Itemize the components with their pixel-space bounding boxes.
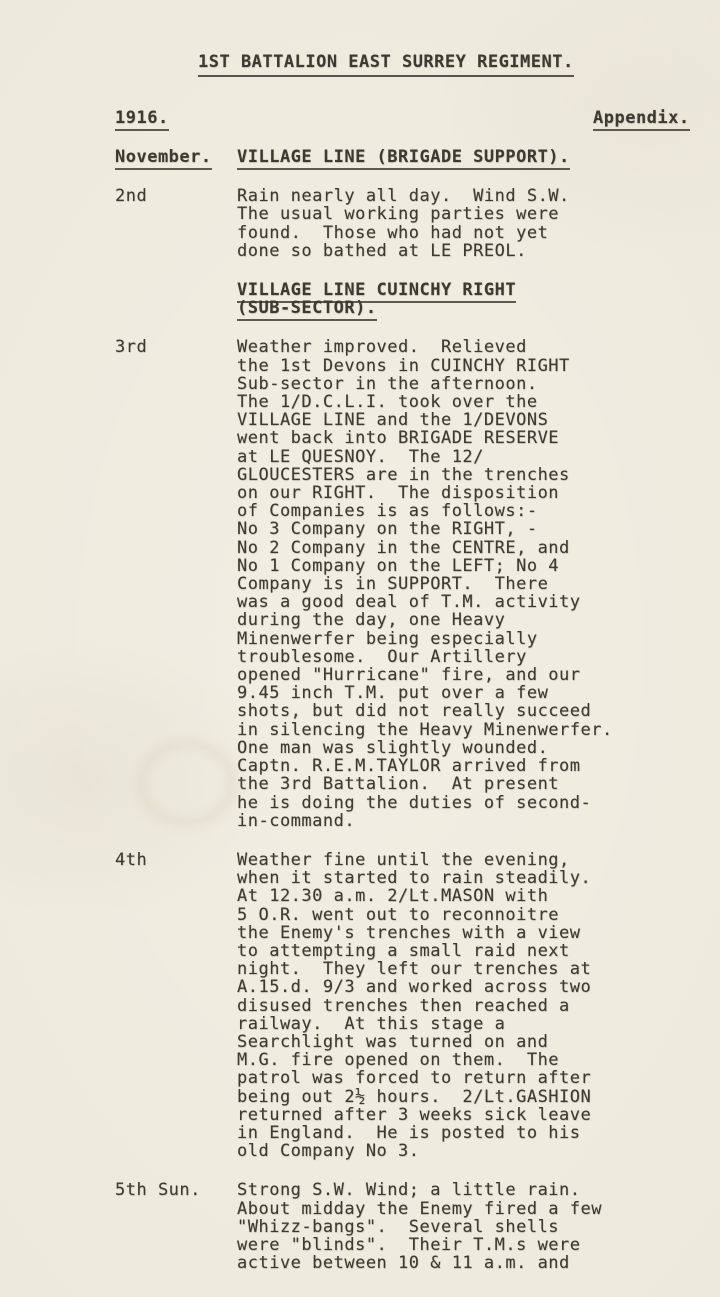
entry-text-line: Rain nearly all day. Wind S.W. <box>237 187 570 205</box>
entry-text-line: Minenwerfer being especially <box>237 630 613 648</box>
entry-text-line: railway. At this stage a <box>237 1015 591 1033</box>
entry-date: 3rd <box>115 338 237 829</box>
entry-text-line: done so bathed at LE PREOL. <box>237 242 570 260</box>
entry-text-line: No 2 Company in the CENTRE, and <box>237 539 613 557</box>
entry-text-line: VILLAGE LINE and the 1/DEVONS <box>237 411 613 429</box>
entry-text-line: shots, but did not really succeed <box>237 702 613 720</box>
entry-text-line: At 12.30 a.m. 2/Lt.MASON with <box>237 887 591 905</box>
entry-text-line: No 1 Company on the LEFT; No 4 <box>237 557 613 575</box>
entry-text-line: One man was slightly wounded. <box>237 739 613 757</box>
entry-text-line: the 3rd Battalion. At present <box>237 775 613 793</box>
year-label: 1916. <box>115 108 169 131</box>
entry-body: Weather fine until the evening,when it s… <box>237 851 591 1160</box>
section-heading: (SUB-SECTOR). <box>237 298 377 321</box>
entry-text-line: troublesome. Our Artillery <box>237 648 613 666</box>
entry-text-line: GLOUCESTERS are in the trenches <box>237 466 613 484</box>
entry-body: Strong S.W. Wind; a little rain.About mi… <box>237 1181 602 1272</box>
entry-date-label: November. <box>115 147 212 170</box>
entry-text-line: The 1/D.C.L.I. took over the <box>237 393 613 411</box>
entry-date: 4th <box>115 851 237 1160</box>
entry-text-line: M.G. fire opened on them. The <box>237 1051 591 1069</box>
entry-text-line: About midday the Enemy fired a few <box>237 1200 602 1218</box>
entry-text-line: Sub-sector in the afternoon. <box>237 375 613 393</box>
diary-entry: VILLAGE LINE CUINCHY RIGHT(SUB-SECTOR). <box>115 281 613 317</box>
diary-page: 1ST BATTALION EAST SURREY REGIMENT. 1916… <box>0 0 720 1297</box>
entry-text-line: he is doing the duties of second- <box>237 794 613 812</box>
entry-text-line: A.15.d. 9/3 and worked across two <box>237 978 591 996</box>
entry-text-line: Strong S.W. Wind; a little rain. <box>237 1181 602 1199</box>
entry-text-line: in England. He is posted to his <box>237 1124 591 1142</box>
diary-entry: 5th Sun. Strong S.W. Wind; a little rain… <box>115 1181 613 1272</box>
entry-text-line: Weather fine until the evening, <box>237 851 591 869</box>
entry-text-line: went back into BRIGADE RESERVE <box>237 429 613 447</box>
entry-text-line: to attempting a small raid next <box>237 942 591 960</box>
diary-entry: 4th Weather fine until the evening,when … <box>115 851 613 1160</box>
entry-body: VILLAGE LINE CUINCHY RIGHT(SUB-SECTOR). <box>237 281 516 317</box>
entry-body: VILLAGE LINE (BRIGADE SUPPORT). <box>237 148 570 166</box>
entry-text-line: the Enemy's trenches with a view <box>237 924 591 942</box>
entry-text-line: disused trenches then reached a <box>237 997 591 1015</box>
page-title: 1ST BATTALION EAST SURREY REGIMENT. <box>198 52 574 77</box>
entry-text-line: Weather improved. Relieved <box>237 338 613 356</box>
entry-text-line: was a good deal of T.M. activity <box>237 593 613 611</box>
appendix-label: Appendix. <box>593 108 690 131</box>
section-heading: VILLAGE LINE (BRIGADE SUPPORT). <box>237 147 570 170</box>
entry-text-line: Company is in SUPPORT. There <box>237 575 613 593</box>
entry-text-line: were "blinds". Their T.M.s were <box>237 1236 602 1254</box>
entry-text-line: when it started to rain steadily. <box>237 869 591 887</box>
entry-text-line: in silencing the Heavy Minenwerfer. <box>237 721 613 739</box>
entry-text-line: returned after 3 weeks sick leave <box>237 1106 591 1124</box>
entry-date: 5th Sun. <box>115 1181 237 1272</box>
entry-body: Weather improved. Relievedthe 1st Devons… <box>237 338 613 829</box>
entry-text-line: active between 10 & 11 a.m. and <box>237 1254 602 1272</box>
entry-text-line: found. Those who had not yet <box>237 224 570 242</box>
entry-text-line: "Whizz-bangs". Several shells <box>237 1218 602 1236</box>
entry-text-line: 9.45 inch T.M. put over a few <box>237 684 613 702</box>
diary-entry: November. VILLAGE LINE (BRIGADE SUPPORT)… <box>115 148 613 166</box>
entry-text-line: of Companies is as follows:- <box>237 502 613 520</box>
entry-text-line: on our RIGHT. The disposition <box>237 484 613 502</box>
entry-date: 2nd <box>115 187 237 260</box>
entry-text-line: at LE QUESNOY. The 12/ <box>237 448 613 466</box>
entry-text-line: during the day, one Heavy <box>237 611 613 629</box>
entry-text-line: Captn. R.E.M.TAYLOR arrived from <box>237 757 613 775</box>
entry-text-line: the 1st Devons in CUINCHY RIGHT <box>237 357 613 375</box>
entry-date-label: 4th <box>115 850 147 870</box>
entry-date-label: 5th Sun. <box>115 1180 201 1200</box>
entry-text-line: old Company No 3. <box>237 1142 591 1160</box>
entry-text-line: No 3 Company on the RIGHT, - <box>237 520 613 538</box>
diary-entries: November. VILLAGE LINE (BRIGADE SUPPORT)… <box>115 148 613 1293</box>
entry-text-line: The usual working parties were <box>237 205 570 223</box>
entry-date: November. <box>115 148 237 166</box>
entry-date-label: 2nd <box>115 186 147 206</box>
diary-entry: 3rd Weather improved. Relievedthe 1st De… <box>115 338 613 829</box>
entry-date <box>115 281 237 317</box>
entry-text-line: night. They left our trenches at <box>237 960 591 978</box>
entry-text-line: opened "Hurricane" fire, and our <box>237 666 613 684</box>
diary-entry: 2nd Rain nearly all day. Wind S.W.The us… <box>115 187 613 260</box>
entry-text-line: Searchlight was turned on and <box>237 1033 591 1051</box>
entry-text-line: being out 2½ hours. 2/Lt.GASHION <box>237 1088 591 1106</box>
entry-body: Rain nearly all day. Wind S.W.The usual … <box>237 187 570 260</box>
entry-text-line: in-command. <box>237 812 613 830</box>
entry-date-label: 3rd <box>115 337 147 357</box>
entry-text-line: patrol was forced to return after <box>237 1069 591 1087</box>
entry-text-line: 5 O.R. went out to reconnoitre <box>237 906 591 924</box>
